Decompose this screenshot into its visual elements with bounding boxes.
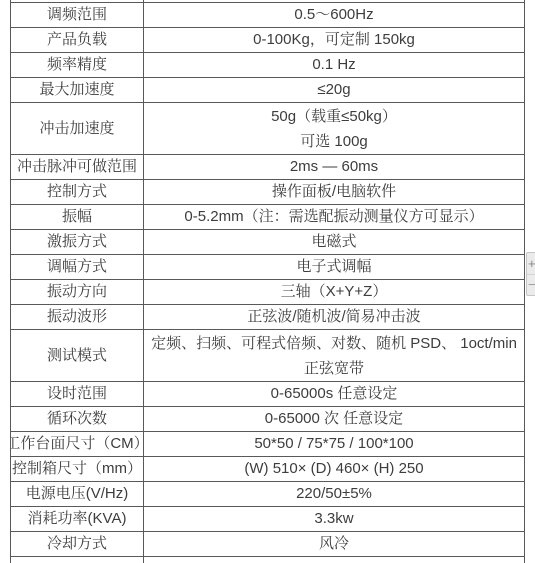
spec-value-cell: 0.5～600Hz [144,3,524,27]
minus-icon[interactable]: − [527,274,535,295]
spec-value-cell: 50*50 / 75*75 / 100*100 [144,432,524,456]
spec-value-cell: 0.1 Hz [144,53,524,77]
spec-value-cell: 0-65000 次 任意设定 [144,407,524,431]
table-row: 振动波形正弦波/随机波/简易冲击波 [11,305,524,330]
spec-value-cell: 0-100Kg，可定制 150kg [144,28,524,52]
spec-value-cell: 风冷 [144,532,524,556]
spec-value-cell: 正弦波/随机波/简易冲击波 [144,305,524,329]
spec-value-line: 定频、扫频、可程式倍频、对数、随机 PSD、 1oct/min [151,331,517,356]
spec-value-cell: 3.3kw [144,507,524,531]
spec-label-cell: 循环次数 [11,407,144,431]
table-row: 振幅0-5.2mm（注：需选配振动测量仪方可显示） [11,205,524,230]
table-row: 测试模式定频、扫频、可程式倍频、对数、随机 PSD、 1oct/min正弦宽带 [11,330,524,382]
spec-label-cell: 控制方式 [11,180,144,204]
side-zoom-control[interactable]: + − [526,252,535,296]
table-row: 循环次数0-65000 次 任意设定 [11,407,524,432]
spec-label-cell: 调频范围 [11,3,144,27]
table-row: 激振方式电磁式 [11,230,524,255]
spec-label-cell: 电源电压(V/Hz) [11,482,144,506]
spec-label-cell: 消耗功率(KVA) [11,507,144,531]
table-row: 消耗功率(KVA)3.3kw [11,507,524,532]
spec-value-cell: 操作面板/电脑软件 [144,180,524,204]
table-row: 电源电压(V/Hz)220/50±5% [11,482,524,507]
spec-label-cell: 控制箱尺寸（mm） [11,457,144,481]
spec-value-cell: 0-65000s 任意设定 [144,382,524,406]
table-row: 冷却方式风冷 [11,532,524,557]
spec-label-cell: 最大加速度 [11,78,144,102]
spec-table-body: 调频范围0.5～600Hz产品负载0-100Kg，可定制 150kg频率精度0.… [11,3,524,557]
table-row: 调频范围0.5～600Hz [11,3,524,28]
table-row: 最大加速度≤20g [11,78,524,103]
spec-value-cell [144,557,524,563]
spec-label-cell: 调幅方式 [11,255,144,279]
table-row: 频率精度0.1 Hz [11,53,524,78]
table-row: 冲击脉冲可做范围2ms — 60ms [11,155,524,180]
spec-label-cell: 测试模式 [11,330,144,381]
spec-label-cell: 设时范围 [11,382,144,406]
spec-label-cell [11,557,144,563]
table-row: 振动方向三轴（X+Y+Z） [11,280,524,305]
spec-value-line: 正弦宽带 [304,356,364,381]
table-row: 控制箱尺寸（mm）(W) 510× (D) 460× (H) 250 [11,457,524,482]
spec-value-cell: 220/50±5% [144,482,524,506]
partial-row-bottom [11,557,524,563]
spec-label-cell: 激振方式 [11,230,144,254]
spec-label-cell: 冲击脉冲可做范围 [11,155,144,179]
spec-value-cell: 三轴（X+Y+Z） [144,280,524,304]
spec-label-cell: 振动波形 [11,305,144,329]
spec-value-line: 可选 100g [300,129,368,154]
spec-value-cell: 2ms — 60ms [144,155,524,179]
spec-label-cell: 冲击加速度 [11,103,144,154]
spec-value-cell: ≤20g [144,78,524,102]
spec-value-cell: 50g（载重≤50kg）可选 100g [144,103,524,154]
table-row: 控制方式操作面板/电脑软件 [11,180,524,205]
spec-label-cell: 产品负载 [11,28,144,52]
spec-value-cell: 电磁式 [144,230,524,254]
table-row: 冲击加速度50g（载重≤50kg）可选 100g [11,103,524,155]
spec-label-cell: 振动方向 [11,280,144,304]
spec-table: 调频范围0.5～600Hz产品负载0-100Kg，可定制 150kg频率精度0.… [10,0,525,563]
table-row: 设时范围0-65000s 任意设定 [11,382,524,407]
spec-label-cell: 振幅 [11,205,144,229]
spec-value-line: 50g（载重≤50kg） [271,104,397,129]
spec-label-cell [11,0,144,2]
spec-label-cell: 冷却方式 [11,532,144,556]
spec-value-cell: 0-5.2mm（注：需选配振动测量仪方可显示） [144,205,524,229]
spec-label-cell: 工作台面尺寸（CM） [11,432,144,456]
spec-value-cell: 电子式调幅 [144,255,524,279]
spec-value-cell: (W) 510× (D) 460× (H) 250 [144,457,524,481]
table-row: 产品负载0-100Kg，可定制 150kg [11,28,524,53]
spec-label-cell: 频率精度 [11,53,144,77]
table-row: 工作台面尺寸（CM）50*50 / 75*75 / 100*100 [11,432,524,457]
plus-icon[interactable]: + [527,253,535,274]
spec-value-cell [144,0,524,2]
spec-value-cell: 定频、扫频、可程式倍频、对数、随机 PSD、 1oct/min正弦宽带 [144,330,524,381]
table-row: 调幅方式电子式调幅 [11,255,524,280]
